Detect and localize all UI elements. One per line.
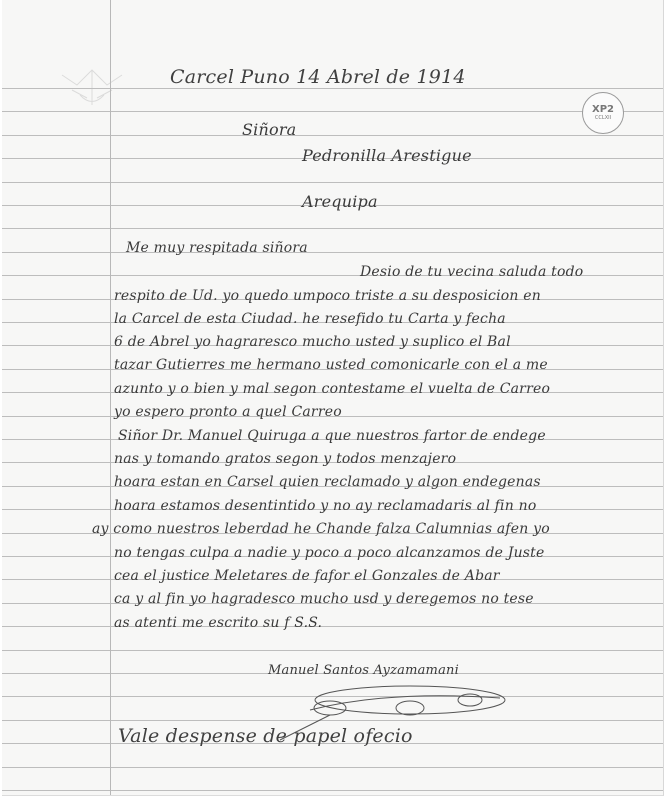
body-line: hoara estamos desentintido y no ay recla…	[114, 498, 536, 514]
body-line: hoara estan en Carsel quien reclamado y …	[114, 474, 541, 490]
margin-line	[110, 0, 111, 795]
rule-line	[2, 228, 663, 229]
body-line: as atenti me escrito su f S.S.	[114, 615, 322, 631]
body-line: ca y al fin yo hagradesco mucho usd y de…	[114, 591, 534, 607]
body-line: 6 de Abrel yo hagraresco mucho usted y s…	[114, 334, 511, 350]
rule-line	[2, 790, 663, 791]
body-line: Siñor Dr. Manuel Quiruga a que nuestros …	[118, 428, 546, 444]
stamp-code: XP2	[592, 105, 614, 115]
body-line: azunto y o bien y mal segon contestame e…	[114, 381, 550, 397]
greeting: Me muy respitada siñora	[126, 240, 308, 256]
rule-line	[2, 111, 663, 112]
salutation-title: Siñora	[242, 120, 296, 139]
body-line: tazar Gutierres me hermano usted comonic…	[114, 357, 548, 373]
body-line: ay como nuestros leberdad he Chande falz…	[92, 521, 550, 537]
archive-stamp: XP2 CCLXII	[582, 92, 624, 134]
letter-page: XP2 CCLXII Carcel Puno 14 Abrel de 1914 …	[2, 0, 664, 796]
rule-line	[2, 88, 663, 89]
postscript: Vale despense de papel ofecio	[118, 725, 413, 747]
rule-line	[2, 626, 663, 627]
body-line: Desio de tu vecina saluda todo	[360, 264, 583, 280]
rule-line	[2, 252, 663, 253]
body-line: cea el justice Meletares de fafor el Gon…	[114, 568, 500, 584]
body-line: no tengas culpa a nadie y poco a poco al…	[114, 545, 544, 561]
body-line: yo espero pronto a quel Carreo	[114, 404, 342, 420]
body-line: la Carcel de esta Ciudad. he resefido tu…	[114, 311, 506, 327]
recipient-city: Arequipa	[302, 192, 378, 211]
rule-line	[2, 182, 663, 183]
body-line: respito de Ud. yo quedo umpoco triste a …	[114, 288, 541, 304]
body-line: nas y tomando gratos segon y todos menza…	[114, 451, 456, 467]
rule-line	[2, 135, 663, 136]
rule-line	[2, 650, 663, 651]
rule-line	[2, 767, 663, 768]
place-date: Carcel Puno 14 Abrel de 1914	[170, 66, 466, 88]
recipient-name: Pedronilla Arestigue	[302, 146, 472, 165]
stamp-sub: CCLXII	[595, 115, 611, 121]
